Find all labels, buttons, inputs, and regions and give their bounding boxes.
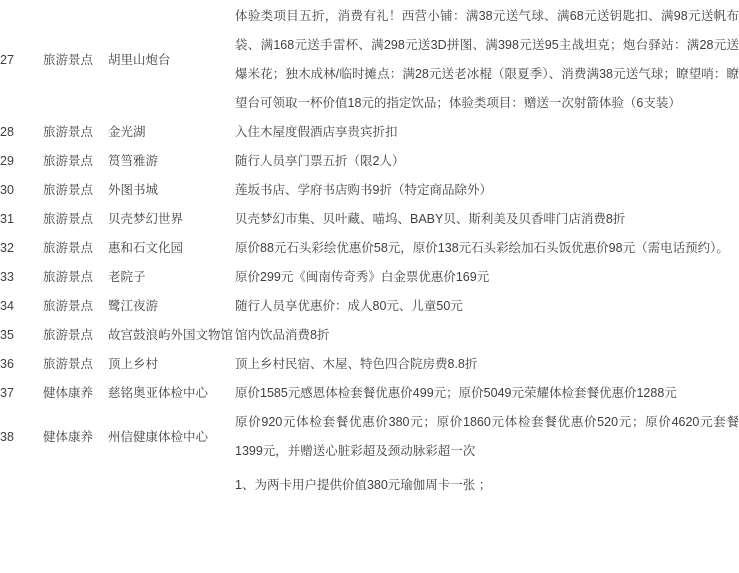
row-description: 原价299元《闽南传奇秀》白金票优惠价169元 (235, 263, 739, 292)
row-category: 旅游景点 (43, 147, 108, 176)
document-page: 27 旅游景点 胡里山炮台 体验类项目五折，消费有礼！西营小铺：满38元送气球、… (0, 0, 739, 573)
row-category (43, 466, 108, 500)
row-category: 旅游景点 (43, 2, 108, 118)
row-description: 随行人员享门票五折（限2人） (235, 147, 739, 176)
row-merchant: 老院子 (108, 263, 235, 292)
row-description: 莲坂书店、学府书店购书9折（特定商品除外） (235, 176, 739, 205)
table-row: 31 旅游景点 贝壳梦幻世界 贝壳梦幻市集、贝叶藏、喵坞、BABY贝、斯利美及贝… (0, 205, 739, 234)
row-merchant (108, 466, 235, 500)
table-row: 32 旅游景点 惠和石文化园 原价88元石头彩绘优惠价58元，原价138元石头彩… (0, 234, 739, 263)
row-number: 28 (0, 118, 43, 147)
row-merchant: 贝壳梦幻世界 (108, 205, 235, 234)
row-number: 27 (0, 2, 43, 118)
row-category: 旅游景点 (43, 292, 108, 321)
table-row: 34 旅游景点 鹭江夜游 随行人员享优惠价：成人80元、儿童50元 (0, 292, 739, 321)
table-row: 36 旅游景点 顶上乡村 顶上乡村民宿、木屋、特色四合院房费8.8折 (0, 350, 739, 379)
table-row: 33 旅游景点 老院子 原价299元《闽南传奇秀》白金票优惠价169元 (0, 263, 739, 292)
row-merchant: 故宫鼓浪屿外国文物馆 (108, 321, 235, 350)
table-row: 35 旅游景点 故宫鼓浪屿外国文物馆 馆内饮品消费8折 (0, 321, 739, 350)
row-category: 旅游景点 (43, 350, 108, 379)
row-description: 随行人员享优惠价：成人80元、儿童50元 (235, 292, 739, 321)
row-number: 31 (0, 205, 43, 234)
row-merchant: 慈铭奥亚体检中心 (108, 379, 235, 408)
row-merchant: 筼筜雅游 (108, 147, 235, 176)
table-row: 38 健体康养 州信健康体检中心 原价920元体检套餐优惠价380元；原价186… (0, 408, 739, 466)
row-category: 旅游景点 (43, 205, 108, 234)
row-merchant: 胡里山炮台 (108, 2, 235, 118)
row-description: 原价88元石头彩绘优惠价58元，原价138元石头彩绘加石头饭优惠价98元（需电话… (235, 234, 739, 263)
row-merchant: 顶上乡村 (108, 350, 235, 379)
row-category: 旅游景点 (43, 263, 108, 292)
row-description: 1、为两卡用户提供价值380元瑜伽周卡一张 ； (235, 466, 739, 500)
row-description: 顶上乡村民宿、木屋、特色四合院房费8.8折 (235, 350, 739, 379)
row-merchant: 鹭江夜游 (108, 292, 235, 321)
table-row: 30 旅游景点 外图书城 莲坂书店、学府书店购书9折（特定商品除外） (0, 176, 739, 205)
row-category: 旅游景点 (43, 118, 108, 147)
row-description: 贝壳梦幻市集、贝叶藏、喵坞、BABY贝、斯利美及贝香啡门店消费8折 (235, 205, 739, 234)
merchant-discount-table: 27 旅游景点 胡里山炮台 体验类项目五折，消费有礼！西营小铺：满38元送气球、… (0, 2, 739, 500)
row-description: 原价920元体检套餐优惠价380元；原价1860元体检套餐优惠价520元；原价4… (235, 408, 739, 466)
row-merchant: 金光湖 (108, 118, 235, 147)
row-description: 体验类项目五折，消费有礼！西营小铺：满38元送气球、满68元送钥匙扣、满98元送… (235, 2, 739, 118)
row-category: 旅游景点 (43, 321, 108, 350)
table-row-partial: 1、为两卡用户提供价值380元瑜伽周卡一张 ； (0, 466, 739, 500)
row-number: 29 (0, 147, 43, 176)
row-number: 32 (0, 234, 43, 263)
row-merchant: 外图书城 (108, 176, 235, 205)
row-description: 馆内饮品消费8折 (235, 321, 739, 350)
row-number (0, 466, 43, 500)
row-number: 34 (0, 292, 43, 321)
row-merchant: 惠和石文化园 (108, 234, 235, 263)
row-category: 旅游景点 (43, 234, 108, 263)
row-number: 30 (0, 176, 43, 205)
table-row: 29 旅游景点 筼筜雅游 随行人员享门票五折（限2人） (0, 147, 739, 176)
row-description: 入住木屋度假酒店享贵宾折扣 (235, 118, 739, 147)
row-number: 33 (0, 263, 43, 292)
row-category: 健体康养 (43, 408, 108, 466)
row-number: 37 (0, 379, 43, 408)
row-category: 健体康养 (43, 379, 108, 408)
table-row: 27 旅游景点 胡里山炮台 体验类项目五折，消费有礼！西营小铺：满38元送气球、… (0, 2, 739, 118)
row-description: 原价1585元感恩体检套餐优惠价499元；原价5049元荣耀体检套餐优惠价128… (235, 379, 739, 408)
table-row: 37 健体康养 慈铭奥亚体检中心 原价1585元感恩体检套餐优惠价499元；原价… (0, 379, 739, 408)
row-merchant: 州信健康体检中心 (108, 408, 235, 466)
row-category: 旅游景点 (43, 176, 108, 205)
row-number: 35 (0, 321, 43, 350)
row-number: 38 (0, 408, 43, 466)
row-number: 36 (0, 350, 43, 379)
table-row: 28 旅游景点 金光湖 入住木屋度假酒店享贵宾折扣 (0, 118, 739, 147)
